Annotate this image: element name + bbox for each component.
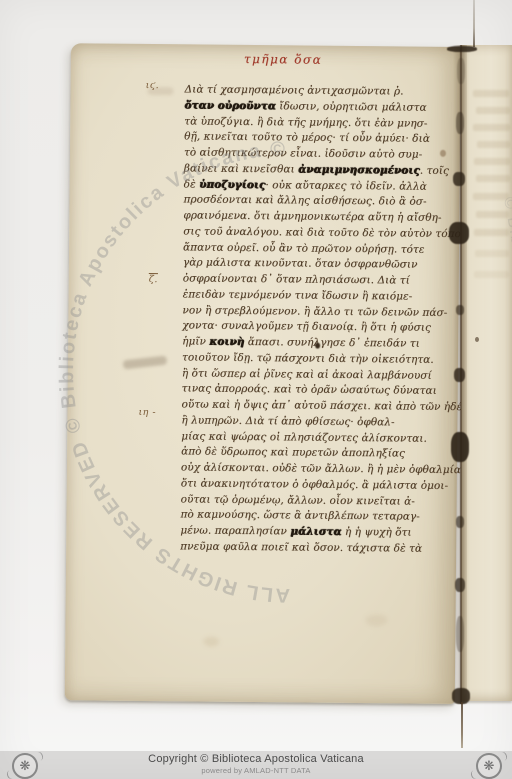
binding-thread-bottom [461,702,463,748]
manuscript-line: ἢ ὅτι ὥσπερ αἱ ῥῖνες καὶ αἱ ἀκοαὶ λαμβάν… [182,367,432,384]
manuscript-line: ἡμῖν κοινὴ ἅπασι. συνήλγησε δ᾿ ἐπειδάν τ… [182,335,420,352]
manuscript-text-block: Διὰ τί χασμησαμένοις ἀντιχασμῶνται ῥ.ὅτα… [180,83,447,565]
foxing-stain [365,614,387,626]
manuscript-line: ἐπειδὰν τεμνόμενόν τινα ἴδωσιν ἢ καιόμε- [183,288,413,305]
ink-text: οὕτω καὶ ἡ ὄψις ἀπ᾿ αὐτοῦ πάσχει. καὶ ἀπ… [181,398,477,413]
ink-text: ἅπασι. συνήλγησε δ᾿ ἐπειδάν τι [244,336,420,350]
manuscript-line: χοντα· συναλγοῦμεν τῇ διανοίᾳ. ἢ ὅτι ἡ φ… [182,320,431,337]
stitch-mark [456,112,464,134]
manuscript-line: ὅταν οὐροῦντα ἴδωσιν, οὐρητιῶσι μάλιστα [184,99,426,116]
digitized-manuscript-photo: τμῆμα ὅσα ιϛ. ζ. ιη - Διὰ τί χασμησαμένο… [0,0,512,779]
manuscript-line: ἢ λυπηρῶν. Διὰ τί ἀπὸ φθίσεως· ὀφθαλ- [181,414,394,431]
bleed-through-text [473,193,509,200]
manuscript-line: τὸ αἰσθητικώτερον εἶναι. ἰδοῦσιν αὐτὸ συ… [184,146,422,163]
ink-text: τοιοῦτον ἴδῃ. τῷ πάσχοντι διὰ τὴν οἰκειό… [182,351,434,365]
footer-copyright: Copyright © Biblioteca Apostolica Vatica… [0,753,512,765]
bleed-through-text [473,124,510,131]
ink-text: ἢ λυπηρῶν. Διὰ τί ἀπὸ φθίσεως· ὀφθαλ- [181,414,394,428]
manuscript-line: ἀπὸ δὲ ὕδρωπος καὶ πυρετῶν ἀποπληξίας [181,446,405,463]
ink-text: οῦται τῷ ὁρωμένῳ, ἄλλων. οἷον κινεῖται ἀ… [181,493,415,507]
faded-margin-note [123,356,168,370]
manuscript-line: δὲ ὑποζυγίοις· οὐκ αὔταρκες τὸ ἰδεῖν. ἀλ… [184,178,427,195]
bleed-through-text [475,250,509,257]
overwritten-ink-text: ὑποζυγίοις [199,178,265,191]
stitch-mark [456,305,464,315]
stitch-mark [454,368,465,382]
ink-text: ἐπειδὰν τεμνόμενόν τινα ἴδωσιν ἢ καιόμε- [183,288,413,302]
ink-text: γὰρ μάλιστα κινοῦνται. ὅταν ὀσφρανθῶσιν [183,257,418,271]
stitch-mark [453,172,465,186]
ink-text: φραινόμενα. ὅτι ἀμνημονικωτέρα αὕτη ἡ αἴ… [183,209,441,223]
manuscript-line: φραινόμενα. ὅτι ἀμνημονικωτέρα αὕτη ἡ αἴ… [183,209,441,226]
bleed-through-text [474,229,509,236]
ink-text: ἀπὸ δὲ ὕδρωπος καὶ πυρετῶν ἀποπληξίας [181,446,405,460]
manuscript-line: σις τοῦ ἀναλόγου. καὶ διὰ τοῦτο δὲ τὸν α… [183,225,467,243]
ink-text: · οὐκ αὔταρκες τὸ ἰδεῖν. ἀλλὰ [265,179,426,193]
bleed-through-text [474,158,510,165]
bleed-through-text [473,90,509,97]
stitch-mark [455,578,465,592]
manuscript-line: ὅτι ἀνακινητότατον ὁ ὀφθαλμός. ἃ μάλιστα… [181,477,448,495]
ink-text: βαίνει καὶ κινεῖσθαι [184,162,298,175]
manuscript-line: τινας ἀπορροάς. καὶ τὸ ὁρᾶν ὡσαύτως δύνα… [182,383,437,400]
ink-text: ὅτι ἀνακινητότατον ὁ ὀφθαλμός. ἃ μάλιστα… [181,477,448,492]
ink-spot [475,337,479,342]
ink-text: τινας ἀπορροάς. καὶ τὸ ὁρᾶν ὡσαύτως δύνα… [182,383,437,397]
footer-powered-by: powered by AMLAD-NTT DATA [0,766,512,775]
manuscript-line: Διὰ τί χασμησαμένοις ἀντιχασμῶνται ῥ. [184,83,403,100]
ink-text: δὲ [184,178,200,190]
manuscript-page: τμῆμα ὅσα ιϛ. ζ. ιη - Διὰ τί χασμησαμένο… [65,43,461,704]
overwritten-ink-text: ὅταν οὐροῦντα [184,99,276,112]
overwritten-ink-text: κοινὴ [209,336,244,348]
ink-text: νον ἢ στρεβλούμενον. ἢ ἄλλο τι τῶν δεινῶ… [182,304,447,319]
ink-text: χοντα· συναλγοῦμεν τῇ διανοίᾳ. ἢ ὅτι ἡ φ… [182,320,431,334]
stitch-mark [456,516,464,528]
manuscript-line: οῦται τῷ ὁρωμένῳ, ἄλλων. οἷον κινεῖται ἀ… [181,493,415,510]
ink-text: μίας καὶ ψώρας οἱ πλησιάζοντες ἁλίσκοντα… [181,430,427,444]
manuscript-line: οὕτω καὶ ἡ ὄψις ἀπ᾿ αὐτοῦ πάσχει. καὶ ἀπ… [181,398,477,416]
facing-page-edge [461,45,512,701]
ink-text: τὸ αἰσθητικώτερον εἶναι. ἰδοῦσιν αὐτὸ συ… [184,146,422,160]
manuscript-line: προσδέονται καὶ ἄλλης αἰσθήσεως. διὸ ἃ ὀ… [183,194,426,211]
margin-numeral-17: ζ. [149,274,158,285]
ink-text: ἅπαντα οὐρεῖ. οὗ ἂν τὸ πρῶτον οὐρήσῃ. τό… [183,241,425,255]
ink-text: ἴδωσιν, οὐρητιῶσι μάλιστα [276,100,427,113]
manuscript-line: ἅπαντα οὐρεῖ. οὗ ἂν τὸ πρῶτον οὐρήσῃ. τό… [183,241,425,258]
bleed-through-text [474,271,509,278]
ink-text: Διὰ τί χασμησαμένοις ἀντιχασμῶνται ῥ. [185,83,404,97]
manuscript-line: μένω. παραπλησίαν μάλιστα ἡ ἡ ψυχὴ ὅτι [180,524,411,541]
bleed-through-text [476,107,510,114]
manuscript-line: θῇ, κινεῖται τοῦτο τὸ μέρος· τί οὖν ἀμύε… [184,131,430,148]
ink-blot [315,343,320,349]
bleed-through-text [476,175,510,182]
binding-thread-top [473,0,475,47]
bleed-through-text [476,211,509,218]
manuscript-line: τοιοῦτον ἴδῃ. τῷ πάσχοντι διὰ τὴν οἰκειό… [182,351,434,368]
margin-numeral-18: ιη - [138,407,156,418]
manuscript-line: τὰ ὑποζύγια. ἢ διὰ τῆς μνήμης. ὅτι ἐὰν μ… [184,115,427,132]
foxing-stain [203,637,219,647]
ink-text: ἢ ὅτι ὥσπερ αἱ ῥῖνες καὶ αἱ ἀκοαὶ λαμβάν… [182,367,432,381]
ink-spot [440,150,446,157]
stitch-mark [451,432,469,462]
bleed-through-text [477,141,510,148]
manuscript-line: μίας καὶ ψώρας οἱ πλησιάζοντες ἁλίσκοντα… [181,430,427,447]
margin-numeral-16: ιϛ. [146,80,160,91]
stitch-mark [449,222,469,244]
ink-text: πὸ καμνούσης. ὥστε ἃ ἀντιβλέπων τεταραγ- [180,509,419,523]
rubric-heading: τμῆμα ὅσα [244,52,364,67]
ink-text: ἡμῖν [182,335,209,347]
stitch-mark [457,58,465,84]
manuscript-line: ὀσφραίνονται δ᾿ ὅταν πλησιάσωσι. Διὰ τί [183,272,410,289]
ink-text: ὀσφραίνονται δ᾿ ὅταν πλησιάσωσι. Διὰ τί [183,272,410,286]
manuscript-line: οὐχ ἁλίσκονται. οὐδὲ τῶν ἄλλων. ἢ ἡ μὲν … [181,461,461,479]
ink-text: θῇ, κινεῖται τοῦτο τὸ μέρος· τί οὖν ἀμύε… [184,131,430,145]
manuscript-line: βαίνει καὶ κινεῖσθαι ἀναμιμνησκομένοις. … [184,162,449,180]
manuscript-line: πὸ καμνούσης. ὥστε ἃ ἀντιβλέπων τεταραγ- [180,509,419,526]
ink-text: προσδέονται καὶ ἄλλης αἰσθήσεως. διὸ ἃ ὀ… [183,194,426,208]
ink-text: . τοῖς [420,164,449,176]
ink-text: μένω. παραπλησίαν [180,524,290,537]
manuscript-line: πνεῦμα φαῦλα ποιεῖ καὶ ὅσον. τάχιστα δὲ … [180,540,422,557]
ink-text: τὰ ὑποζύγια. ἢ διὰ τῆς μνήμης. ὅτι ἐὰν μ… [184,115,427,129]
manuscript-line: γὰρ μάλιστα κινοῦνται. ὅταν ὀσφρανθῶσιν [183,257,418,274]
overwritten-ink-text: μάλιστα [290,525,341,537]
ink-text: οὐχ ἁλίσκονται. οὐδὲ τῶν ἄλλων. ἢ ἡ μὲν … [181,461,461,476]
ink-text: ἡ ἡ ψυχὴ ὅτι [342,526,412,539]
footer-text: Copyright © Biblioteca Apostolica Vatica… [0,753,512,775]
overwritten-ink-text: ἀναμιμνησκομένοις [298,163,420,176]
ink-text: σις τοῦ ἀναλόγου. καὶ διὰ τοῦτο δὲ τὸν α… [183,225,467,240]
stitch-mark [456,616,464,652]
ink-text: πνεῦμα φαῦλα ποιεῖ καὶ ὅσον. τάχιστα δὲ … [180,540,422,554]
